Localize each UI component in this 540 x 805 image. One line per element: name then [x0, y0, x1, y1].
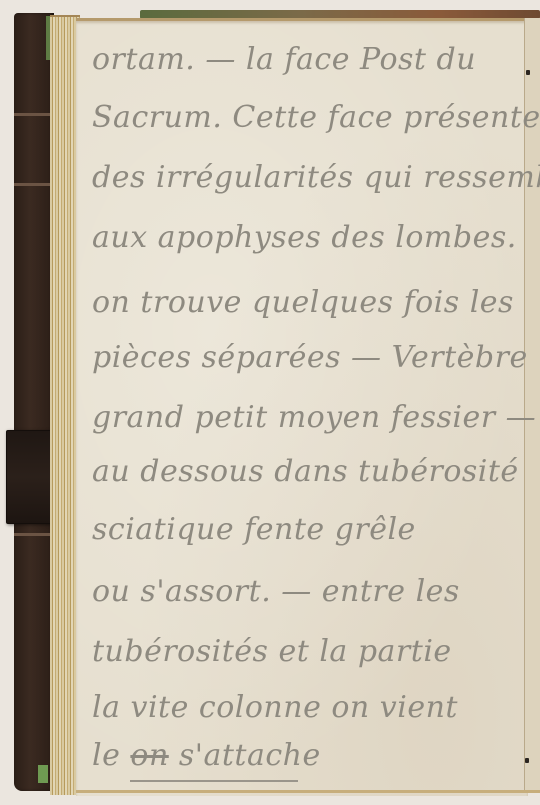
handwriting-line: tubérosités et la partie	[92, 634, 452, 669]
struck-through-word: on	[130, 738, 168, 773]
underline-stroke	[130, 780, 298, 782]
spine-band	[14, 113, 54, 116]
handwriting-line: des irrégularités qui ressemblent	[92, 160, 540, 195]
handwriting-line: pièces séparées — Vertèbre	[92, 340, 528, 375]
green-endpaper-edge	[38, 765, 48, 783]
leather-clasp	[6, 430, 52, 524]
leather-spine	[14, 13, 54, 791]
handwriting-line: on trouve quelques fois les	[92, 285, 514, 320]
handwriting-line: ou s'assort. — entre les	[92, 574, 460, 609]
spine-band	[14, 183, 54, 186]
spine-band	[14, 533, 54, 536]
handwriting-line: Sacrum. Cette face présente	[92, 100, 540, 135]
handwriting-line: sciatique fente grêle	[92, 512, 416, 547]
ink-speck	[525, 758, 529, 763]
handwriting-word: s'attache	[169, 738, 321, 773]
page-bottom-edge	[76, 790, 540, 793]
scan-background: ortam. — la face Post du Sacrum. Cette f…	[0, 0, 540, 805]
handwriting-line: au dessous dans tubérosité	[92, 454, 519, 489]
handwriting-word: le	[92, 738, 130, 773]
handwriting-line: ortam. — la face Post du	[92, 42, 476, 77]
handwriting-line: la vite colonne on vient	[92, 690, 458, 725]
handwriting-line: grand petit moyen fessier —	[92, 400, 536, 435]
handwriting-line: aux apophyses des lombes.	[92, 220, 517, 255]
handwriting-line-last: le on s'attache	[92, 738, 321, 773]
ink-speck	[526, 70, 530, 75]
